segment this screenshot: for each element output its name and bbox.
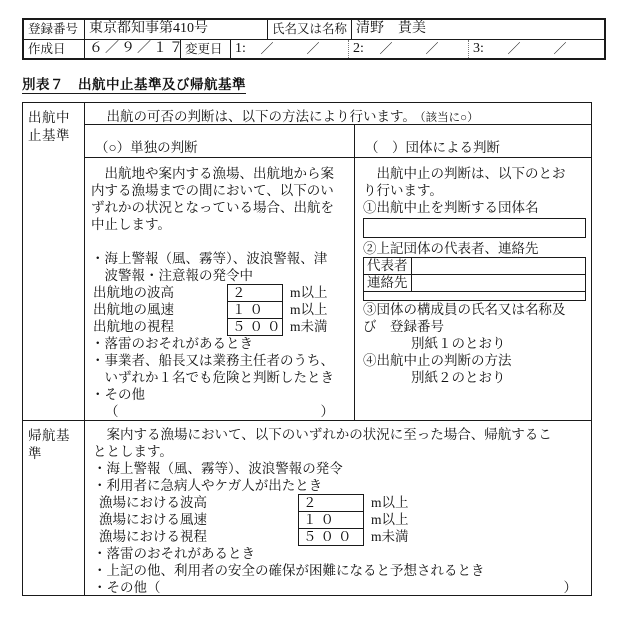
wave-height-criterion: 出航地の波高 ２ m以上 — [91, 284, 354, 301]
solo-bullet-operator-line: いずれか１名でも危険と判断したとき — [91, 369, 354, 386]
return-bullet-safety: ・上記の他、利用者の安全の確保が困難になると予想されるとき — [93, 562, 591, 579]
return-visibility-label: 漁場における視程 — [93, 528, 298, 545]
wave-height-unit: m以上 — [290, 284, 328, 301]
visibility-criterion: 出航地の視程 ５００ m未満 — [91, 318, 354, 335]
return-wind-speed-label: 漁場における風速 — [93, 511, 298, 528]
close-paren: ） — [564, 579, 578, 596]
document-page: 登録番号 東京都知事第410号 氏名又は名称 清野 貴美 作成日 ６／９／１７ … — [0, 0, 630, 643]
departure-section: 出航中止基準 出航の可否の判断は、以下の方法により行います。（該当に○） （○）… — [23, 103, 591, 420]
created-date-label: 作成日 — [24, 40, 84, 58]
representative-contact-box: 代表者 連絡先 — [363, 257, 586, 301]
return-visibility-value-box: ５００ — [298, 528, 364, 546]
page-title: 別表７ 出航中止基準及び帰航基準 — [22, 73, 608, 93]
return-wave-height-label: 漁場における波高 — [93, 494, 298, 511]
departure-intro-text: 出航の可否の判断は、以下の方法により行います。 — [93, 109, 416, 124]
meta-row-2: 作成日 ６／９／１７ 変更日 1: ／ ／ 2: ／ ／ 3: ／ ／ — [24, 39, 604, 58]
group-item4-label: ④出航中止の判断の方法 — [363, 352, 591, 369]
return-wave-height-value-box: ２ — [298, 494, 364, 512]
wave-height-value-box: ２ — [227, 284, 283, 302]
group-item3-line: ③団体の構成員の氏名又は名称及 — [363, 301, 591, 318]
group-item1-label: ①出航中止を判断する団体名 — [363, 199, 591, 216]
return-bullet-warning: ・海上警報（風、霧等）、波浪警報の発令 — [93, 460, 591, 477]
registration-number-value: 東京都知事第410号 — [84, 20, 267, 39]
modified-date-1-value: ／ ／ — [246, 40, 344, 58]
representative-row: 代表者 — [364, 258, 585, 275]
meta-row-1: 登録番号 東京都知事第410号 氏名又は名称 清野 貴美 — [24, 20, 604, 39]
return-intro-line: 案内する漁場において、以下のいずれかの状況に至った場合、帰航するこ — [93, 426, 591, 443]
modified-date-1: 1: ／ ／ — [230, 40, 348, 58]
wind-speed-label: 出航地の風速 — [91, 301, 227, 318]
departure-section-label: 出航中止基準 — [23, 103, 85, 420]
solo-paragraph-line: 出航地や案内する漁場、出航地から案 — [91, 165, 354, 182]
representative-field — [412, 258, 585, 274]
solo-bullet-lightning: ・落雷のおそれがあるとき — [91, 335, 354, 352]
return-bullet-lightning: ・落雷のおそれがあるとき — [93, 545, 591, 562]
solo-bullet-operator-line: ・事業者、船長又は業務主任者のうち、 — [91, 352, 354, 369]
return-bullet-injury: ・利用者に急病人やケガ人が出たとき — [93, 477, 591, 494]
group-intro-line: 出航中止の判断は、以下のとお — [363, 165, 591, 182]
group-item3-note: 別紙１のとおり — [363, 335, 591, 352]
name-value: 清野 貴美 — [351, 20, 604, 39]
return-wave-height-unit: m以上 — [371, 494, 409, 511]
return-intro-line: ととします。 — [93, 443, 591, 460]
modified-date-2-value: ／ ／ — [364, 40, 464, 58]
group-judgement-cell: 出航中止の判断は、以下のとお り行います。 ①出航中止を判断する団体名 ②上記団… — [355, 158, 591, 420]
solo-other-paren-line: （ ） — [91, 403, 354, 420]
solo-bullet-warning-line: ・海上警報（風、霧等）、波浪警報、津 — [91, 250, 354, 267]
return-section-label: 帰航基準 — [23, 421, 85, 595]
representative-label: 代表者 — [364, 258, 412, 274]
contact-label: 連絡先 — [364, 275, 412, 291]
contact-field — [412, 275, 585, 291]
return-section: 帰航基準 案内する漁場において、以下のいずれかの状況に至った場合、帰航するこ と… — [23, 420, 591, 595]
group-judgement-header: （ ）団体による判断 — [355, 125, 591, 157]
spacer — [91, 233, 354, 250]
solo-paragraph-line: 中止します。 — [91, 216, 354, 233]
meta-table: 登録番号 東京都知事第410号 氏名又は名称 清野 貴美 作成日 ６／９／１７ … — [22, 18, 606, 60]
departure-intro-row: 出航の可否の判断は、以下の方法により行います。（該当に○） — [85, 103, 591, 125]
solo-paragraph-line: ずれかの状況となっている場合、出航を — [91, 199, 354, 216]
modified-date-3: 3: ／ ／ — [468, 40, 604, 58]
judgement-header-row: （○）単独の判断 （ ）団体による判断 — [85, 125, 591, 158]
return-wind-speed-unit: m以上 — [371, 511, 409, 528]
wind-speed-unit: m以上 — [290, 301, 328, 318]
spacer — [364, 292, 585, 300]
visibility-value-box: ５００ — [227, 318, 283, 336]
wind-speed-value-box: １０ — [227, 301, 283, 319]
departure-content-row: 出航地や案内する漁場、出航地から案 内する漁場までの間において、以下のい ずれか… — [85, 158, 591, 420]
wave-height-label: 出航地の波高 — [91, 284, 227, 301]
registration-number-label: 登録番号 — [24, 20, 84, 39]
group-item4-note: 別紙２のとおり — [363, 369, 591, 386]
modified-date-3-value: ／ ／ — [484, 40, 600, 58]
solo-judgement-cell: 出航地や案内する漁場、出航地から案 内する漁場までの間において、以下のい ずれか… — [85, 158, 355, 420]
solo-bullet-warning-line: 波警報・注意報の発令中 — [91, 267, 354, 284]
return-bullet-other: ・その他（ — [93, 579, 161, 596]
return-wind-speed-criterion: 漁場における風速 １０ m以上 — [93, 511, 591, 528]
visibility-label: 出航地の視程 — [91, 318, 227, 335]
visibility-unit: m未満 — [290, 318, 328, 335]
modified-date-2-label: 2: — [353, 40, 364, 58]
group-item2-label: ②上記団体の代表者、連絡先 — [363, 240, 591, 257]
modified-date-label: 変更日 — [180, 40, 230, 58]
group-item3-line: び 登録番号 — [363, 318, 591, 335]
return-section-body: 案内する漁場において、以下のいずれかの状況に至った場合、帰航するこ ととします。… — [85, 421, 591, 595]
return-wind-speed-value-box: １０ — [298, 511, 364, 529]
modified-date-1-label: 1: — [235, 40, 246, 58]
open-paren: （ — [91, 403, 119, 420]
solo-judgement-header: （○）単独の判断 — [85, 125, 355, 157]
created-date-value: ６／９／１７ — [84, 40, 180, 58]
solo-bullet-other: ・その他 — [91, 386, 354, 403]
group-intro-line: り行います。 — [363, 182, 591, 199]
return-wave-height-criterion: 漁場における波高 ２ m以上 — [93, 494, 591, 511]
group-name-field — [363, 218, 586, 238]
return-other-paren-line: ・その他（ ） — [93, 579, 591, 596]
departure-intro-note: （該当に○） — [420, 112, 479, 124]
criteria-table: 出航中止基準 出航の可否の判断は、以下の方法により行います。（該当に○） （○）… — [22, 102, 592, 596]
close-paren: ） — [321, 403, 335, 420]
departure-section-body: 出航の可否の判断は、以下の方法により行います。（該当に○） （○）単独の判断 （… — [85, 103, 591, 420]
return-visibility-unit: m未満 — [371, 528, 409, 545]
contact-row: 連絡先 — [364, 275, 585, 292]
modified-date-2: 2: ／ ／ — [348, 40, 468, 58]
return-visibility-criterion: 漁場における視程 ５００ m未満 — [93, 528, 591, 545]
solo-paragraph-line: 内する漁場までの間において、以下のい — [91, 182, 354, 199]
wind-speed-criterion: 出航地の風速 １０ m以上 — [91, 301, 354, 318]
name-label: 氏名又は名称 — [267, 20, 351, 39]
modified-date-3-label: 3: — [473, 40, 484, 58]
